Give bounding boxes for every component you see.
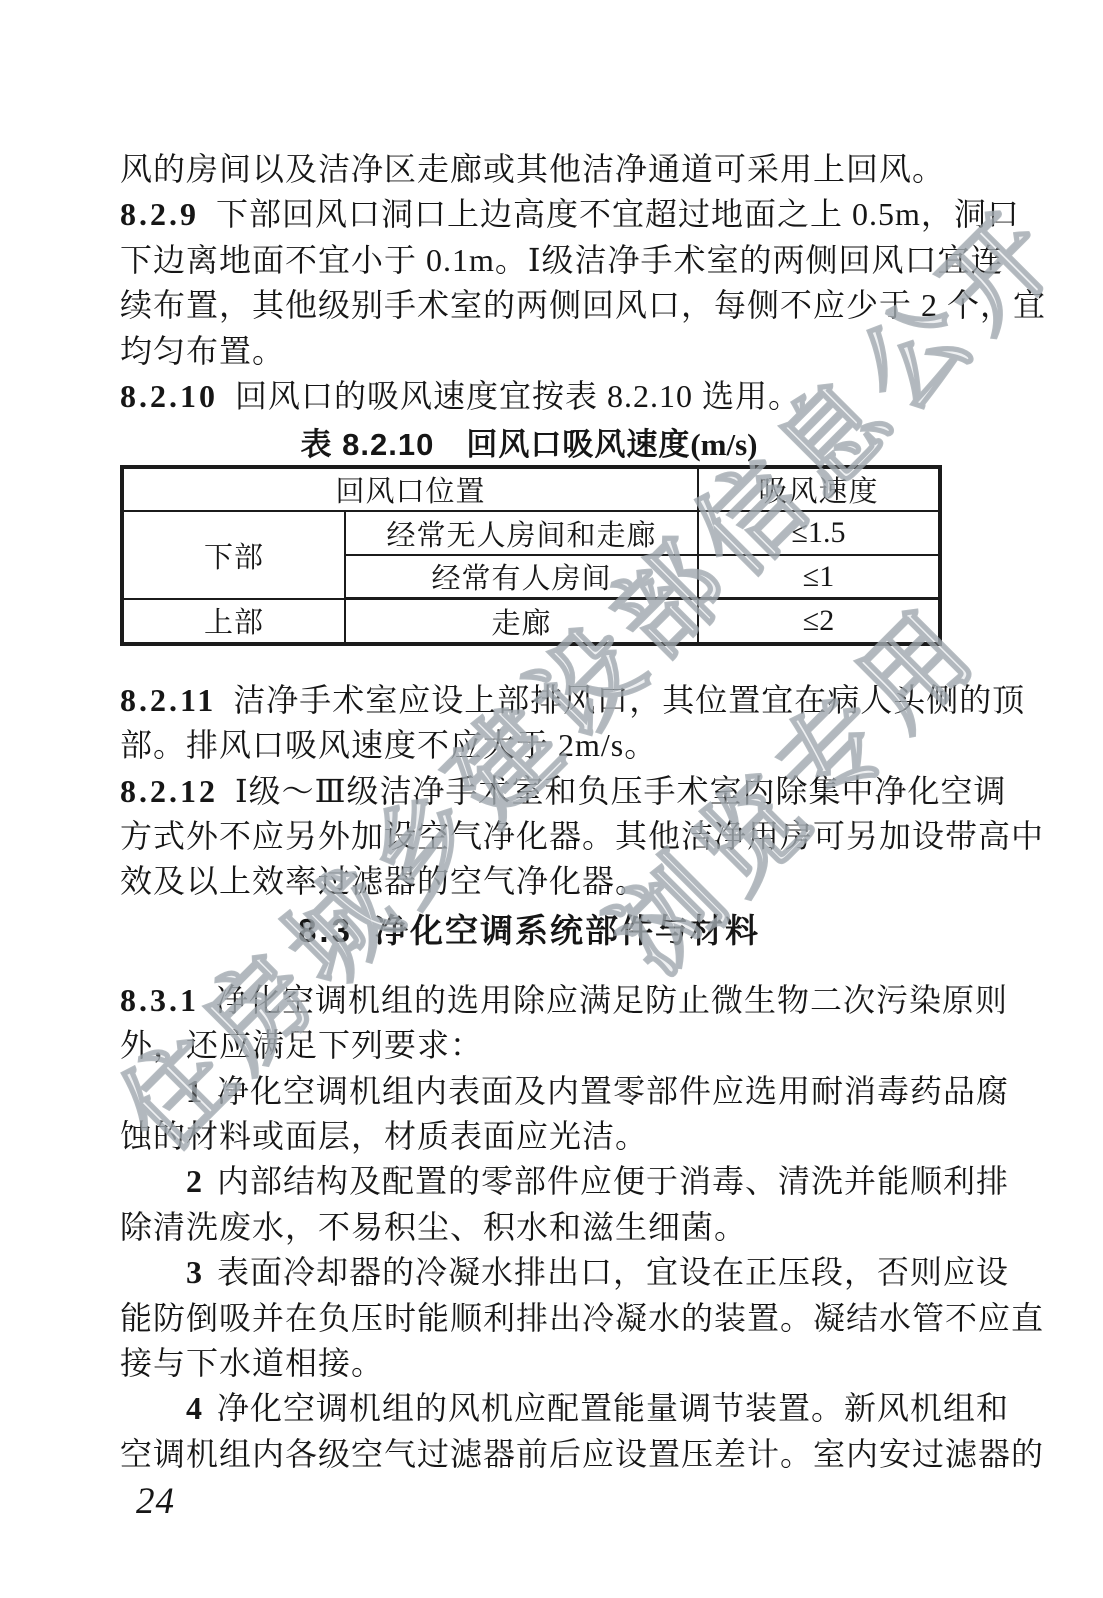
table-cell: 走廊 bbox=[345, 599, 698, 644]
text-line: 续布置，其他级别手术室的两侧回风口，每侧不应少于 2 个，宜 bbox=[120, 283, 938, 328]
text-line: 能防倒吸并在负压时能顺利排出冷凝水的装置。凝结水管不应直 bbox=[120, 1296, 938, 1341]
text-line: 风的房间以及洁净区走廊或其他洁净通道可采用上回风。 bbox=[120, 147, 938, 192]
text-line: 除清洗废水，不易积尘、积水和滋生细菌。 bbox=[120, 1205, 938, 1250]
page-content: 风的房间以及洁净区走廊或其他洁净通道可采用上回风。 8.2.9下部回风口洞口上边… bbox=[120, 147, 938, 1524]
page-number: 24 bbox=[120, 1479, 938, 1524]
table-cell: 上部 bbox=[122, 599, 345, 644]
text-line: 8.2.12Ⅰ级～Ⅲ级洁净手术室和负压手术室内除集中净化空调 bbox=[120, 769, 938, 814]
table-row: 上部 走廊 ≤2 bbox=[122, 599, 940, 644]
body-text: 蚀的材料或面层，材质表面应光洁。 bbox=[120, 1118, 648, 1154]
body-text: 部。排风口吸风速度不应大于 2m/s。 bbox=[120, 727, 657, 763]
body-text: 内部结构及配置的零部件应便于消毒、清洗并能顺利排 bbox=[217, 1163, 1009, 1199]
table-caption-text: 表 8.2.10 回风口吸风速度 bbox=[301, 427, 691, 462]
body-text: 回风口的吸风速度宜按表 8.2.10 选用。 bbox=[235, 378, 801, 414]
text-line: 效及以上效率过滤器的空气净化器。 bbox=[120, 859, 938, 904]
body-text: 洁净手术室应设上部排风口，其位置宜在病人头侧的顶 bbox=[233, 682, 1025, 718]
section-heading-text: 净化空调系统部件与材料 bbox=[375, 912, 760, 949]
text-line: 1净化空调机组内表面及内置零部件应选用耐消毒药品腐 bbox=[120, 1069, 938, 1114]
table-row: 下部 经常无人房间和走廊 ≤1.5 bbox=[122, 511, 940, 555]
text-line: 蚀的材料或面层，材质表面应光洁。 bbox=[120, 1114, 938, 1159]
text-line: 接与下水道相接。 bbox=[120, 1341, 938, 1386]
body-text: 效及以上效率过滤器的空气净化器。 bbox=[120, 863, 648, 899]
section-number: 8.2.11 bbox=[120, 682, 216, 718]
item-number: 2 bbox=[186, 1163, 203, 1199]
text-line: 8.2.10回风口的吸风速度宜按表 8.2.10 选用。 bbox=[120, 374, 938, 419]
text-line: 3表面冷却器的冷凝水排出口，宜设在正压段，否则应设 bbox=[120, 1250, 938, 1295]
text-line: 8.2.11洁净手术室应设上部排风口，其位置宜在病人头侧的顶 bbox=[120, 678, 938, 723]
table-cell: ≤2 bbox=[698, 599, 940, 644]
body-text: 表面冷却器的冷凝水排出口，宜设在正压段，否则应设 bbox=[217, 1254, 1009, 1290]
item-number: 1 bbox=[186, 1073, 203, 1109]
body-text: 方式外不应另外加设空气净化器。其他洁净用房可另加设带高中 bbox=[120, 818, 1044, 854]
body-text: 净化空调机组的风机应配置能量调节装置。新风机组和 bbox=[217, 1390, 1009, 1426]
section-heading-number: 8.3 bbox=[298, 912, 353, 949]
table-cell: ≤1 bbox=[698, 555, 940, 599]
section-number: 8.2.9 bbox=[120, 196, 199, 232]
body-text: 均匀布置。 bbox=[120, 333, 285, 369]
body-text: 净化空调机组的选用除应满足防止微生物二次污染原则 bbox=[216, 982, 1008, 1018]
item-number: 3 bbox=[186, 1254, 203, 1290]
section-number: 8.2.10 bbox=[120, 378, 218, 414]
body-text: 净化空调机组内表面及内置零部件应选用耐消毒药品腐 bbox=[217, 1073, 1009, 1109]
text-line: 空调机组内各级空气过滤器前后应设置压差计。室内安过滤器的 bbox=[120, 1432, 938, 1477]
body-text: 能防倒吸并在负压时能顺利排出冷凝水的装置。凝结水管不应直 bbox=[120, 1300, 1044, 1336]
section-heading: 8.3净化空调系统部件与材料 bbox=[120, 913, 938, 949]
text-line: 均匀布置。 bbox=[120, 329, 938, 374]
text-line: 8.2.9下部回风口洞口上边高度不宜超过地面之上 0.5m，洞口 bbox=[120, 192, 938, 237]
suction-speed-table: 回风口位置 吸风速度 下部 经常无人房间和走廊 ≤1.5 经常有人房间 ≤1 上… bbox=[120, 465, 942, 646]
section-number: 8.2.12 bbox=[120, 773, 218, 809]
body-text: 空调机组内各级空气过滤器前后应设置压差计。室内安过滤器的 bbox=[120, 1436, 1044, 1472]
body-text: 外，还应满足下列要求： bbox=[120, 1027, 483, 1063]
section-number: 8.3.1 bbox=[120, 982, 199, 1018]
text-line: 8.3.1净化空调机组的选用除应满足防止微生物二次污染原则 bbox=[120, 978, 938, 1023]
table-header-cell: 回风口位置 bbox=[122, 467, 698, 511]
text-line: 4净化空调机组的风机应配置能量调节装置。新风机组和 bbox=[120, 1386, 938, 1431]
table-caption: 表 8.2.10 回风口吸风速度(m/s) bbox=[120, 425, 938, 465]
table-header-row: 回风口位置 吸风速度 bbox=[122, 467, 940, 511]
body-text: 下部回风口洞口上边高度不宜超过地面之上 0.5m，洞口 bbox=[216, 196, 1020, 232]
document-page: 风的房间以及洁净区走廊或其他洁净通道可采用上回风。 8.2.9下部回风口洞口上边… bbox=[0, 0, 1103, 1598]
table-cell: 经常有人房间 bbox=[345, 555, 698, 599]
text-line: 方式外不应另外加设空气净化器。其他洁净用房可另加设带高中 bbox=[120, 814, 938, 859]
text-line: 2内部结构及配置的零部件应便于消毒、清洗并能顺利排 bbox=[120, 1159, 938, 1204]
body-text: 下边离地面不宜小于 0.1m。Ⅰ级洁净手术室的两侧回风口宜连 bbox=[120, 242, 1004, 278]
text-line: 外，还应满足下列要求： bbox=[120, 1023, 938, 1068]
item-number: 4 bbox=[186, 1390, 203, 1426]
table-cell: ≤1.5 bbox=[698, 511, 940, 555]
text-line: 部。排风口吸风速度不应大于 2m/s。 bbox=[120, 723, 938, 768]
body-text: 风的房间以及洁净区走廊或其他洁净通道可采用上回风。 bbox=[120, 151, 945, 187]
body-text: Ⅰ级～Ⅲ级洁净手术室和负压手术室内除集中净化空调 bbox=[235, 773, 1007, 809]
body-text: 除清洗废水，不易积尘、积水和滋生细菌。 bbox=[120, 1209, 747, 1245]
text-line: 下边离地面不宜小于 0.1m。Ⅰ级洁净手术室的两侧回风口宜连 bbox=[120, 238, 938, 283]
table-cell: 经常无人房间和走廊 bbox=[345, 511, 698, 555]
body-text: 续布置，其他级别手术室的两侧回风口，每侧不应少于 2 个，宜 bbox=[120, 287, 1046, 323]
table-header-cell: 吸风速度 bbox=[698, 467, 940, 511]
body-text: 接与下水道相接。 bbox=[120, 1345, 384, 1381]
table-cell: 下部 bbox=[122, 511, 345, 599]
table-caption-unit: (m/s) bbox=[690, 427, 757, 462]
